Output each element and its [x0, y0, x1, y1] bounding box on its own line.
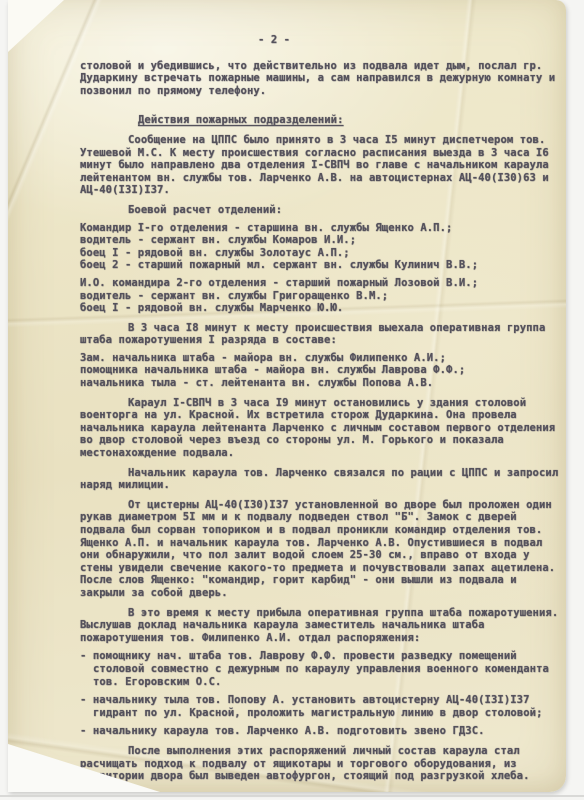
doc-block: В это время к месту прибыла оперативная … — [80, 607, 566, 645]
doc-block: начальника тыла - ст. лейтенанта вн. слу… — [80, 377, 566, 390]
scan-viewport: - 2 - столовой и убедившись, что действи… — [0, 0, 584, 800]
page-number: - 2 - — [258, 34, 566, 47]
doc-block: - помощнику нач. штаба тов. Лаврову Ф.Ф.… — [80, 650, 566, 688]
section-heading: Действия пожарных подразделений: — [138, 114, 566, 127]
doc-block: помощника начальника штаба - майора вн. … — [80, 364, 566, 377]
scanner-edge-line — [0, 795, 584, 797]
doc-block: боец I - рядовой вн. службы Марченко Ю.Ю… — [80, 302, 566, 315]
doc-block: Боевой расчет отделений: — [80, 204, 566, 217]
doc-block: боец I - рядовой вн. службы Золотаус А.П… — [80, 247, 566, 260]
doc-block: От цистерны АЦ-40(I30)I37 установленной … — [80, 499, 566, 600]
doc-block: водитель - сержант вн. службы Григоращен… — [80, 290, 566, 303]
document-body: столовой и убедившись, что действительно… — [80, 60, 566, 783]
doc-block: Начальник караула тов. Ларченко связался… — [80, 467, 566, 492]
doc-block: - начальнику караула тов. Ларченко А.В. … — [80, 725, 566, 738]
doc-block: И.О. командира 2-го отделения - старший … — [80, 277, 566, 290]
doc-block: Сообщение на ЦППС было принято в 3 часа … — [80, 134, 566, 197]
folded-corner-top-left — [8, 0, 78, 62]
doc-block: боец 2 - старший пожарный мл. сержант вн… — [80, 259, 566, 272]
typed-text-column: - 2 - столовой и убедившись, что действи… — [80, 34, 566, 783]
doc-block: В 3 часа I8 минут к месту происшествия в… — [80, 322, 566, 347]
doc-block: водитель - сержант вн. службы Комаров И.… — [80, 234, 566, 247]
doc-block: - начальнику тыла тов. Попову А. установ… — [80, 694, 566, 719]
doc-block: Командир I-го отделения - старшина вн. с… — [80, 222, 566, 235]
doc-block: Зам. начальника штаба - майора вн. служб… — [80, 352, 566, 365]
doc-block: После выполнения этих распоряжений личны… — [80, 745, 566, 783]
scanned-page: - 2 - столовой и убедившись, что действи… — [8, 0, 566, 792]
doc-block: Караул I-СВПЧ в 3 часа I9 минут останови… — [80, 397, 566, 460]
doc-block: столовой и убедившись, что действительно… — [80, 60, 566, 98]
